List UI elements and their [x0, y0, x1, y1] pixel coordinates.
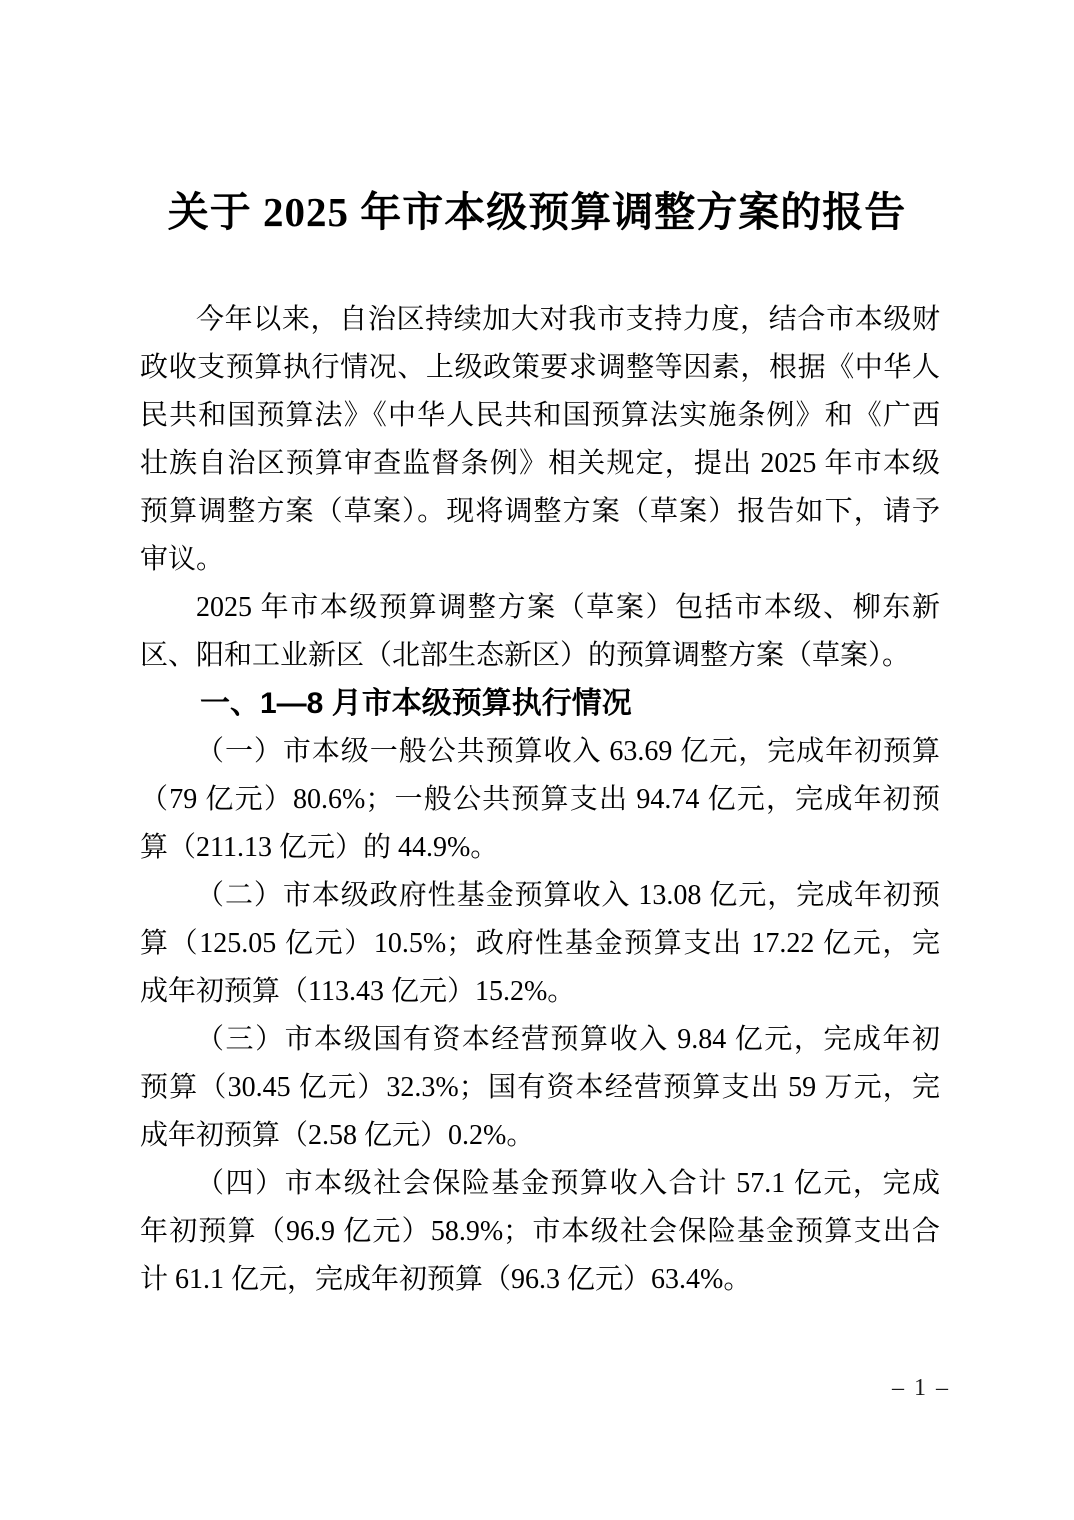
section-heading: 一、1—8 月市本级预算执行情况 [140, 680, 940, 728]
text-line: 壮族自治区预算审查监督条例》相关规定，提出 2025 年市本级 [140, 440, 940, 488]
paragraph-intro: 今年以来，自治区持续加大对我市支持力度，结合市本级财 政收支预算执行情况、上级政… [140, 296, 940, 584]
text-line: 政收支预算执行情况、上级政策要求调整等因素，根据《中华人 [140, 344, 940, 392]
text-line: 算（125.05 亿元）10.5%；政府性基金预算支出 17.22 亿元，完 [140, 920, 940, 968]
text-line: 区、阳和工业新区（北部生态新区）的预算调整方案（草案）。 [140, 632, 940, 680]
text-line: （四）市本级社会保险基金预算收入合计 57.1 亿元，完成 [140, 1160, 940, 1208]
document-body: 今年以来，自治区持续加大对我市支持力度，结合市本级财 政收支预算执行情况、上级政… [140, 296, 940, 1304]
paragraph-scope: 2025 年市本级预算调整方案（草案）包括市本级、柳东新 区、阳和工业新区（北部… [140, 584, 940, 680]
page-number: – 1 – [892, 1374, 950, 1402]
text-line: 今年以来，自治区持续加大对我市支持力度，结合市本级财 [140, 296, 940, 344]
text-line: 预算调整方案（草案）。现将调整方案（草案）报告如下，请予 [140, 488, 940, 536]
text-line: 成年初预算（2.58 亿元）0.2%。 [140, 1112, 940, 1160]
paragraph-item4: （四）市本级社会保险基金预算收入合计 57.1 亿元，完成 年初预算（96.9 … [140, 1160, 940, 1304]
text-line: 成年初预算（113.43 亿元）15.2%。 [140, 968, 940, 1016]
document-page: 关于 2025 年市本级预算调整方案的报告 今年以来，自治区持续加大对我市支持力… [0, 0, 1074, 1520]
text-line: （二）市本级政府性基金预算收入 13.08 亿元，完成年初预 [140, 872, 940, 920]
text-line: （三）市本级国有资本经营预算收入 9.84 亿元，完成年初 [140, 1016, 940, 1064]
text-line: 审议。 [140, 536, 940, 584]
paragraph-item1: （一）市本级一般公共预算收入 63.69 亿元，完成年初预算 （79 亿元）80… [140, 728, 940, 872]
paragraph-item2: （二）市本级政府性基金预算收入 13.08 亿元，完成年初预 算（125.05 … [140, 872, 940, 1016]
text-line: 预算（30.45 亿元）32.3%；国有资本经营预算支出 59 万元，完 [140, 1064, 940, 1112]
text-line: 民共和国预算法》《中华人民共和国预算法实施条例》和《广西 [140, 392, 940, 440]
text-line: 算（211.13 亿元）的 44.9%。 [140, 824, 940, 872]
paragraph-item3: （三）市本级国有资本经营预算收入 9.84 亿元，完成年初 预算（30.45 亿… [140, 1016, 940, 1160]
text-line: （一）市本级一般公共预算收入 63.69 亿元，完成年初预算 [140, 728, 940, 776]
document-title: 关于 2025 年市本级预算调整方案的报告 [90, 184, 984, 240]
text-line: 年初预算（96.9 亿元）58.9%；市本级社会保险基金预算支出合 [140, 1208, 940, 1256]
text-line: 计 61.1 亿元，完成年初预算（96.3 亿元）63.4%。 [140, 1256, 940, 1304]
text-line: （79 亿元）80.6%；一般公共预算支出 94.74 亿元，完成年初预 [140, 776, 940, 824]
text-line: 2025 年市本级预算调整方案（草案）包括市本级、柳东新 [140, 584, 940, 632]
